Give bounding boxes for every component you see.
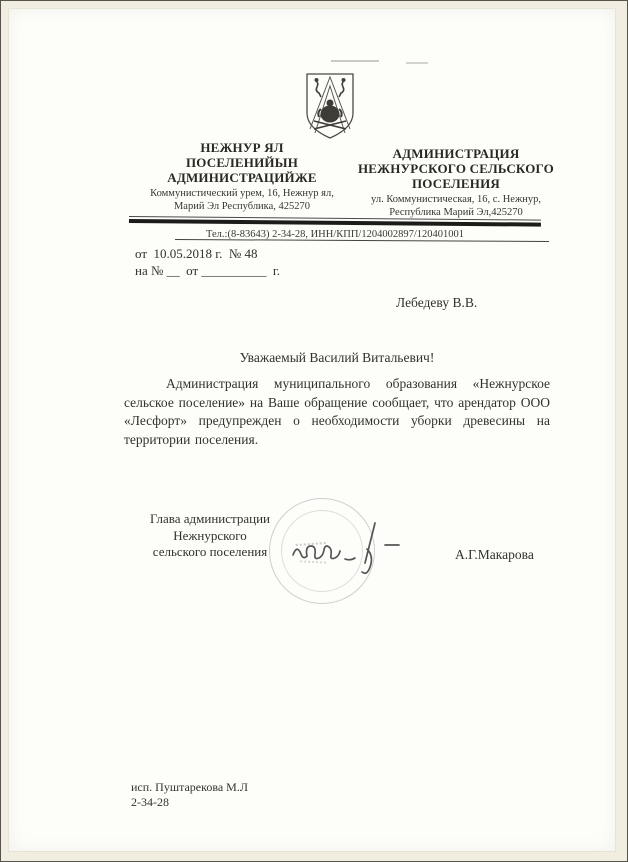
org-left-address: Коммунистический урем, 16, Нежнур ял, [125,188,359,201]
body-paragraph: Администрация муниципального образования… [124,375,550,449]
executor-phone: 2-34-28 [131,795,248,810]
handwritten-signature-icon [287,519,409,583]
org-right-line: НЕЖНУРСКОГО СЕЛЬСКОГО [339,161,573,176]
org-left-address: Марий Эл Республика, 425270 [125,201,359,214]
executor-name: исп. Пуштарекова М.Л [131,780,248,795]
signatory-name: А.Г.Макарова [455,547,534,563]
org-right-address: Республика Марий Эл,425270 [339,207,573,220]
signatory-title-line: сельского поселения [140,544,280,561]
org-left-line: ПОСЕЛЕНИЙЫН [125,155,359,170]
org-left-line: АДМИНИСТРАЦИЙЖЕ [125,170,359,185]
incoming-ref: на № __ от __________ г. [135,262,280,279]
coat-of-arms-icon [303,71,357,141]
salutation: Уважаемый Василий Витальевич! [124,350,550,366]
org-name-left: НЕЖНУР ЯЛ ПОСЕЛЕНИЙЫН АДМИНИСТРАЦИЙЖЕ Ко… [125,140,359,213]
org-right-line: АДМИНИСТРАЦИЯ [339,146,573,161]
org-right-line: ПОСЕЛЕНИЯ [339,176,573,191]
scan-artifact-dash [406,62,428,64]
signatory-title: Глава администрации Нежнурского сельског… [140,511,280,561]
signatory-title-line: Глава администрации [140,511,280,528]
signatory-title-line: Нежнурского [140,528,280,545]
executor-block: исп. Пуштарекова М.Л 2-34-28 [131,780,248,810]
addressee: Лебедеву В.В. [396,295,477,311]
org-name-right: АДМИНИСТРАЦИЯ НЕЖНУРСКОГО СЕЛЬСКОГО ПОСЕ… [339,146,573,219]
org-right-address: ул. Коммунистическая, 16, с. Нежнур, [339,194,573,207]
scan-artifact-dash [331,60,379,62]
org-left-line: НЕЖНУР ЯЛ [125,140,359,155]
outgoing-ref: от 10.05.2018 г. № 48 [135,245,258,262]
scanned-letter: НЕЖНУР ЯЛ ПОСЕЛЕНИЙЫН АДМИНИСТРАЦИЙЖЕ Ко… [0,0,628,862]
letter-page: НЕЖНУР ЯЛ ПОСЕЛЕНИЙЫН АДМИНИСТРАЦИЙЖЕ Ко… [8,8,616,852]
